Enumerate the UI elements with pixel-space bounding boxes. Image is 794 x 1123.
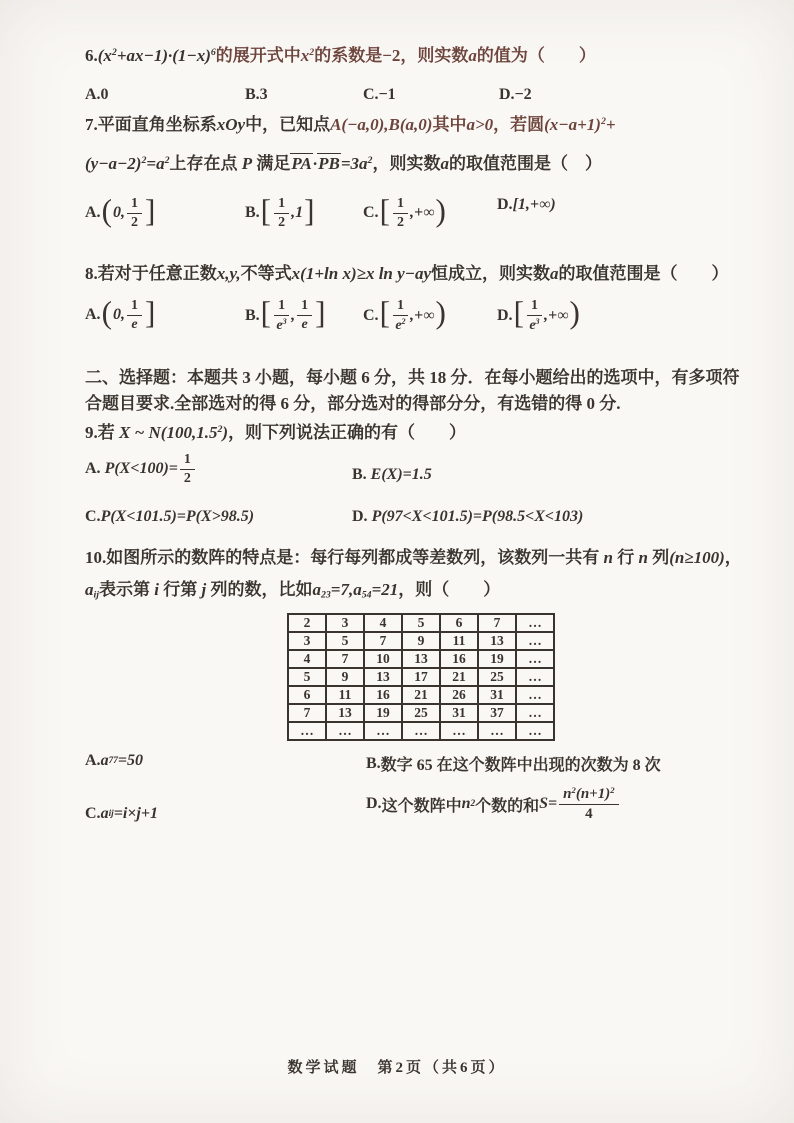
math-segment: i <box>154 580 159 599</box>
fraction-denominator: e2 <box>395 316 405 334</box>
table-cell: … <box>516 686 554 704</box>
math-segment: =7,a <box>331 580 362 599</box>
open-bracket: [ <box>380 198 390 225</box>
open-bracket: [ <box>261 300 271 327</box>
superscript: 3 <box>536 317 540 326</box>
option-label: D.−2 <box>499 86 532 104</box>
option-label: C. <box>363 307 379 325</box>
text-segment: 中，已知点 <box>245 115 330 134</box>
question-8-option-c: C.[1e2,+∞) <box>363 298 447 333</box>
table-cell: 21 <box>402 686 440 704</box>
question-10-number: 10. <box>85 548 106 567</box>
table-cell: 4 <box>288 650 326 668</box>
text-segment: 如图所示的数阵的特点是：每行每列都成等差数列，该数列一共有 <box>106 548 599 567</box>
table-cell: 21 <box>440 668 478 686</box>
vector-PA: PA <box>290 153 312 173</box>
text-segment: 列的数，比如 <box>210 580 312 599</box>
question-8-stem: 8.若对于任意正数x,y,不等式x(1+ln x)≥x ln y−ay恒成立，则… <box>85 262 729 287</box>
question-9-stem: 9.若 X ~ N(100,1.52)，则下列说法正确的有（ ） <box>85 421 466 446</box>
table-cell: 13 <box>478 632 516 650</box>
math-segment: a <box>550 264 559 283</box>
text-segment: 恒成立，则实数 <box>431 264 550 283</box>
question-10-stem-line1: 10.如图所示的数阵的特点是：每行每列都成等差数列，该数列一共有 n 行 n 列… <box>85 546 742 571</box>
question-9-option-d: D. P(97<X<101.5)=P(98.5<X<103) <box>352 508 583 526</box>
question-9-option-c: C.P(X<101.5)=P(X>98.5) <box>85 508 254 526</box>
question-9-option-a: A. P(X<100)=12 <box>85 452 197 486</box>
math-segment: x,y, <box>217 264 241 283</box>
table-row: ………………… <box>288 722 554 740</box>
text-segment: 若对于任意正数 <box>98 264 217 283</box>
math-segment: ,1 <box>291 204 303 222</box>
question-10-option-a: A.a77=50 <box>85 752 143 770</box>
option-label: B.3 <box>245 86 268 104</box>
option-label: B. <box>352 466 367 484</box>
close-bracket: ) <box>435 300 445 327</box>
table-cell: 13 <box>402 650 440 668</box>
open-bracket: [ <box>261 198 271 225</box>
option-label: C. <box>85 508 101 526</box>
fraction: 12 <box>393 196 408 230</box>
math-segment: P(X<101.5)=P(X>98.5) <box>101 508 255 526</box>
option-label: B. <box>245 307 260 325</box>
table-row: 234567… <box>288 614 554 632</box>
text-segment: 这个数阵中 <box>382 793 462 816</box>
table-cell: 5 <box>326 632 364 650</box>
text-segment: ，则下列说法正确的有（ ） <box>228 423 466 442</box>
table-cell: 11 <box>440 632 478 650</box>
question-7-stem-line1: 7.平面直角坐标系xOy中，已知点A(−a,0),B(a,0)其中a>0，若圆(… <box>85 113 616 138</box>
option-label: A. <box>85 306 101 324</box>
table-cell: … <box>326 722 364 740</box>
table-cell: 4 <box>364 614 402 632</box>
table-cell: 5 <box>288 668 326 686</box>
section-2-header-line1: 二、选择题：本题共 3 小题，每小题 6 分，共 18 分．在每小题给出的选项中… <box>85 366 740 391</box>
option-label: A. <box>85 204 101 222</box>
fraction-denominator: 2 <box>397 214 404 231</box>
math-segment: 0, <box>113 204 125 222</box>
table-cell: 9 <box>402 632 440 650</box>
table-cell: 13 <box>326 704 364 722</box>
exam-page: 6.(x2+ax−1)·(1−x)6的展开式中x2的系数是−2，则实数a的值为（… <box>0 0 794 1123</box>
question-6-option-b: B.3 <box>245 86 268 104</box>
option-label: C. <box>85 805 101 823</box>
table-cell: 19 <box>478 650 516 668</box>
open-bracket: [ <box>380 300 390 327</box>
fraction-numerator: 1 <box>180 452 195 470</box>
table-cell: … <box>478 722 516 740</box>
fraction-denominator: e <box>131 316 137 333</box>
fraction-denominator: e <box>301 316 307 333</box>
table-cell: 19 <box>364 704 402 722</box>
table-cell: 31 <box>440 704 478 722</box>
text-segment: 的取值范围是（ ） <box>559 264 729 283</box>
table-cell: 3 <box>288 632 326 650</box>
math-segment: a <box>312 580 321 599</box>
option-label: D. <box>366 795 382 813</box>
text-segment: 数字 65 在这个数阵中出现的次数为 8 次 <box>381 752 661 775</box>
table-row: 4710131619… <box>288 650 554 668</box>
text-segment: 上存在点 <box>170 154 238 173</box>
table-cell: 11 <box>326 686 364 704</box>
fraction-denominator: e3 <box>529 316 539 334</box>
question-8-option-d: D.[1e3,+∞) <box>497 298 581 333</box>
table-cell: 9 <box>326 668 364 686</box>
math-segment: P(X<100)= <box>105 460 178 478</box>
text-segment: 不等式 <box>241 264 292 283</box>
math-segment: a>0 <box>466 115 493 134</box>
text-segment: ，则实数 <box>372 154 440 173</box>
question-6-option-a: A.0 <box>85 86 109 104</box>
text-segment: 的取值范围是（ ） <box>449 154 602 173</box>
math-segment: P <box>242 154 252 173</box>
table-cell: 16 <box>440 650 478 668</box>
table-cell: … <box>516 704 554 722</box>
math-segment: ,+∞ <box>410 204 435 222</box>
option-label: B. <box>366 755 381 773</box>
question-6-stem: 6.(x2+ax−1)·(1−x)6的展开式中x2的系数是−2，则实数a的值为（… <box>85 44 596 69</box>
text-segment: 行第 <box>163 580 197 599</box>
option-label: B. <box>245 204 260 222</box>
text-segment: 列 <box>652 548 669 567</box>
close-bracket: ) <box>435 198 445 225</box>
text-segment: ，则（ ） <box>398 580 500 599</box>
table-cell: 5 <box>402 614 440 632</box>
section-header-text: 二、选择题：本题共 3 小题，每小题 6 分，共 18 分．在每小题给出的选项中… <box>85 368 740 387</box>
math-segment: (y−a−2) <box>85 154 141 173</box>
subscript: 23 <box>321 589 331 600</box>
math-segment: P(97<X<101.5)=P(98.5<X<103) <box>372 508 584 526</box>
math-segment: X ~ N(100,1.5 <box>119 423 217 442</box>
text-segment: 若 <box>98 423 115 442</box>
text-segment: 其中 <box>432 115 466 134</box>
question-10-stem-line2: aij表示第 i 行第 j 列的数，比如a23=7,a54=21，则（ ） <box>85 578 500 603</box>
fraction-numerator: 1 <box>393 196 408 214</box>
math-segment: a <box>101 752 109 770</box>
table-row: 71319253137… <box>288 704 554 722</box>
math-segment: 0, <box>113 306 125 324</box>
table-cell: 7 <box>288 704 326 722</box>
math-segment: a <box>468 46 477 65</box>
text-segment: 的值为（ ） <box>477 46 596 65</box>
table-cell: 37 <box>478 704 516 722</box>
table-cell: … <box>364 722 402 740</box>
math-segment: a <box>101 805 109 823</box>
table-row: 5913172125… <box>288 668 554 686</box>
fraction: 12 <box>180 452 195 486</box>
math-segment: S= <box>539 795 557 813</box>
fraction-denominator: 2 <box>278 214 285 231</box>
fraction-numerator: n2(n+1)2 <box>559 786 618 805</box>
question-10-option-c: C.aij=i×j+1 <box>85 805 158 823</box>
math-segment: x(1+ln x)≥x ln y−ay <box>292 264 431 283</box>
numerator-base: n <box>563 786 571 802</box>
question-7-option-d: D.[1,+∞) <box>497 196 556 214</box>
question-10-option-b: B.数字 65 在这个数阵中出现的次数为 8 次 <box>366 752 661 775</box>
fraction-denominator: 4 <box>585 805 593 823</box>
option-label: C.−1 <box>363 86 396 104</box>
table-cell: 6 <box>288 686 326 704</box>
question-7-option-b: B.[12,1] <box>245 196 315 230</box>
fraction-denominator: 2 <box>131 214 138 231</box>
fraction-numerator: 1 <box>274 196 289 214</box>
vector-PB: PB <box>317 153 341 173</box>
math-segment: =50 <box>118 752 143 770</box>
question-7-option-a: A.(0,12] <box>85 196 156 230</box>
fraction: 12 <box>274 196 289 230</box>
table-cell: … <box>516 632 554 650</box>
table-cell: … <box>288 722 326 740</box>
question-9-option-b: B. E(X)=1.5 <box>352 466 432 484</box>
fraction-numerator: 1 <box>127 196 142 214</box>
math-segment: E(X)=1.5 <box>371 466 432 484</box>
fraction: n2(n+1)24 <box>559 786 618 823</box>
math-segment: (x <box>98 46 112 65</box>
text-segment: 的系数是−2，则实数 <box>314 46 468 65</box>
superscript: 2 <box>610 785 614 795</box>
fraction-numerator: 1 <box>274 298 289 316</box>
question-7-option-c: C.[12,+∞) <box>363 196 447 230</box>
comma: , <box>291 307 295 325</box>
close-bracket: ] <box>145 300 155 327</box>
table-cell: … <box>402 722 440 740</box>
close-bracket: ] <box>315 300 325 327</box>
fraction: 1e <box>297 298 312 332</box>
math-segment: n <box>604 548 613 567</box>
footer-text: 数学试题 第2页（共6页） <box>287 1060 506 1076</box>
question-6-number: 6. <box>85 46 98 65</box>
math-segment: A(−a,0),B(a,0) <box>330 115 432 134</box>
close-bracket: ) <box>569 300 579 327</box>
text-segment: ， <box>725 548 742 567</box>
question-7-number: 7. <box>85 115 98 134</box>
math-segment: ,+∞ <box>544 307 569 325</box>
table-cell: … <box>516 614 554 632</box>
table-cell: 10 <box>364 650 402 668</box>
question-9-number: 9. <box>85 423 98 442</box>
text-segment: 的展开式中 <box>216 46 301 65</box>
question-6-option-d: D.−2 <box>499 86 532 104</box>
math-segment: =i×j+1 <box>114 805 158 823</box>
table-row: 35791113… <box>288 632 554 650</box>
table-cell: 16 <box>364 686 402 704</box>
math-segment: a <box>440 154 449 173</box>
fraction: 1e3 <box>527 298 542 333</box>
table-cell: … <box>516 668 554 686</box>
math-segment: [1,+∞) <box>513 196 556 214</box>
superscript: 3 <box>283 317 287 326</box>
section-header-text: 合题目要求.全部选对的得 6 分，部分选对的得部分分，有选错的得 0 分. <box>85 394 621 413</box>
question-8-number: 8. <box>85 264 98 283</box>
option-label: D. <box>497 307 513 325</box>
text-segment: 表示第 <box>99 580 150 599</box>
math-segment: +ax−1)·(1−x) <box>117 46 211 65</box>
fraction-numerator: 1 <box>127 298 142 316</box>
option-label: A. <box>85 752 101 770</box>
fraction-numerator: 1 <box>393 298 408 316</box>
superscript: 2 <box>402 317 406 326</box>
table-cell: 25 <box>402 704 440 722</box>
table-cell: 3 <box>326 614 364 632</box>
fraction: 1e3 <box>274 298 289 333</box>
option-label: D. <box>352 508 368 526</box>
math-segment: n <box>638 548 647 567</box>
open-bracket: [ <box>514 300 524 327</box>
option-label: A.0 <box>85 86 109 104</box>
fraction-numerator: 1 <box>527 298 542 316</box>
math-segment: (x−a+1) <box>544 115 601 134</box>
option-label: A. <box>85 460 101 478</box>
math-segment: j <box>201 580 206 599</box>
text-segment: ，若圆 <box>493 115 544 134</box>
text-segment: 个数的和 <box>475 793 539 816</box>
section-2-header-line2: 合题目要求.全部选对的得 6 分，部分选对的得部分分，有选错的得 0 分. <box>85 392 621 417</box>
numerator-segment: (n+1) <box>576 786 610 802</box>
table-cell: 6 <box>440 614 478 632</box>
table-cell: 2 <box>288 614 326 632</box>
table-cell: 7 <box>364 632 402 650</box>
question-8-option-a: A.(0,1e] <box>85 298 156 332</box>
table-cell: 7 <box>478 614 516 632</box>
question-7-stem-line2: (y−a−2)2=a2上存在点 P 满足PA·PB=3a2，则实数a的取值范围是… <box>85 152 602 177</box>
table-cell: … <box>516 650 554 668</box>
table-cell: … <box>516 722 554 740</box>
question-10-option-d: D.这个数阵中n2个数的和S=n2(n+1)24 <box>366 786 621 823</box>
text-segment: 满足 <box>256 154 290 173</box>
page-footer: 数学试题 第2页（共6页） <box>0 1056 794 1077</box>
table-cell: … <box>440 722 478 740</box>
math-segment: =a <box>146 154 164 173</box>
close-bracket: ] <box>304 198 314 225</box>
table-cell: 17 <box>402 668 440 686</box>
math-segment: xOy <box>217 115 245 134</box>
math-segment: ,+∞ <box>410 307 435 325</box>
subscript: 77 <box>109 756 118 766</box>
math-segment: a <box>85 580 94 599</box>
table-cell: 26 <box>440 686 478 704</box>
table-row: 61116212631… <box>288 686 554 704</box>
text-segment: 行 <box>617 548 634 567</box>
math-segment: + <box>606 115 616 134</box>
open-bracket: ( <box>102 300 112 327</box>
fraction-denominator: e3 <box>276 316 286 334</box>
open-bracket: ( <box>102 198 112 225</box>
question-6-option-c: C.−1 <box>363 86 396 104</box>
math-segment: =3a <box>341 154 368 173</box>
fraction: 1e2 <box>393 298 408 333</box>
table-cell: 25 <box>478 668 516 686</box>
close-bracket: ] <box>145 198 155 225</box>
fraction: 12 <box>127 196 142 230</box>
table-cell: 31 <box>478 686 516 704</box>
fraction: 1e <box>127 298 142 332</box>
text-segment: 平面直角坐标系 <box>98 115 217 134</box>
subscript: 54 <box>362 589 372 600</box>
question-8-option-b: B.[1e3,1e] <box>245 298 326 333</box>
number-grid-table: 234567… 35791113… 4710131619… 5913172125… <box>287 613 555 741</box>
fraction-denominator: 2 <box>184 470 191 487</box>
option-label: C. <box>363 204 379 222</box>
math-segment: (n≥100) <box>669 548 725 567</box>
math-segment: =21 <box>372 580 399 599</box>
table-cell: 7 <box>326 650 364 668</box>
option-label: D. <box>497 196 513 214</box>
fraction-numerator: 1 <box>297 298 312 316</box>
table-cell: 13 <box>364 668 402 686</box>
